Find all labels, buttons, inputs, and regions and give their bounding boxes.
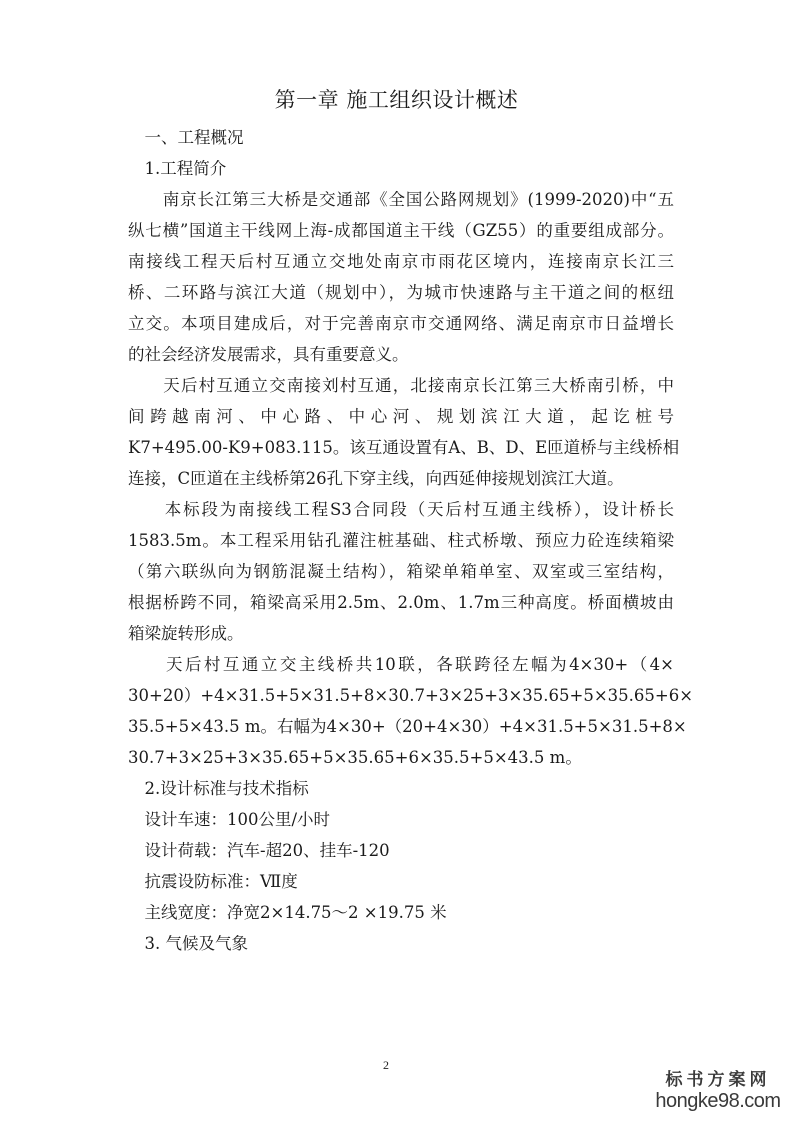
text-line: 根据桥跨不同，箱梁高采用2.5m、2.0m、1.7m三种高度。桥面横坡由 — [128, 587, 674, 618]
text-line: 30+20）+4×31.5+5×31.5+8×30.7+3×25+3×35.65… — [128, 680, 674, 711]
text-line: 1583.5m。本工程采用钻孔灌注桩基础、柱式桥墩、预应力砼连续箱梁 — [128, 525, 674, 556]
subsection-heading-text: 3. 气候及气象 — [145, 934, 249, 953]
text-line: 南接线工程天后村互通立交地处南京市雨花区境内，连接南京长江三 — [128, 246, 674, 277]
subsection-heading-intro: 1.工程简介 — [128, 153, 674, 184]
spec-text: 主线宽度：净宽2×14.75～2 ×19.75 米 — [145, 903, 447, 922]
text-line: 箱梁旋转形成。 — [128, 618, 674, 649]
text-line: 天后村互通立交主线桥共10联，各联跨径左幅为4×30+（4× — [128, 649, 674, 680]
chapter-title: 第一章 施工组织设计概述 — [0, 84, 793, 114]
watermark-url: hongke98.com — [648, 1090, 788, 1112]
spec-seismic: 抗震设防标准：Ⅶ度 — [128, 866, 674, 897]
watermark-brand: 标书方案网 — [648, 1070, 788, 1090]
text-line: 连接，C匝道在主线桥第26孔下穿主线，向西延伸接规划滨江大道。 — [128, 463, 674, 494]
document-body: 一、工程概况 1.工程简介 南京长江第三大桥是交通部《全国公路网规划》(1999… — [128, 122, 674, 959]
spec-mainline-width: 主线宽度：净宽2×14.75～2 ×19.75 米 — [128, 897, 674, 928]
text-line: 纵七横”国道主干线网上海-成都国道主干线（GZ55）的重要组成部分。 — [128, 215, 674, 246]
page-number: 2 — [383, 1058, 389, 1073]
spec-text: 设计荷载：汽车-超20、挂车-120 — [145, 841, 390, 860]
spec-list: 设计车速：100公里/小时 设计荷载：汽车-超20、挂车-120 抗震设防标准：… — [128, 804, 674, 928]
text-line: 本标段为南接线工程S3合同段（天后村互通主线桥），设计桥长 — [128, 494, 674, 525]
text-line: 天后村互通立交南接刘村互通，北接南京长江第三大桥南引桥，中 — [128, 370, 674, 401]
subsection-heading-climate: 3. 气候及气象 — [128, 928, 674, 959]
text-line: 30.7+3×25+3×35.65+5×35.65+6×35.5+5×43.5 … — [128, 742, 674, 773]
paragraph-intro: 南京长江第三大桥是交通部《全国公路网规划》(1999-2020)中“五 纵七横”… — [128, 184, 674, 370]
text-line: K7+495.00-K9+083.115。该互通设置有A、B、D、E匝道桥与主线… — [128, 432, 674, 463]
subsection-heading-text: 1.工程简介 — [145, 159, 227, 178]
spec-design-speed: 设计车速：100公里/小时 — [128, 804, 674, 835]
document-page: 第一章 施工组织设计概述 一、工程概况 1.工程简介 南京长江第三大桥是交通部《… — [0, 0, 793, 1122]
text-line: 立交。本项目建成后，对于完善南京市交通网络、满足南京市日益增长 — [128, 308, 674, 339]
text-line: 桥、二环路与滨江大道（规划中），为城市快速路与主干道之间的枢纽 — [128, 277, 674, 308]
text-line: 35.5+5×43.5 m。右幅为4×30+（20+4×30）+4×31.5+5… — [128, 711, 674, 742]
spec-design-load: 设计荷载：汽车-超20、挂车-120 — [128, 835, 674, 866]
spec-text: 设计车速：100公里/小时 — [145, 810, 331, 829]
subsection-heading-text: 2.设计标准与技术指标 — [145, 779, 309, 798]
paragraph-contract-section: 本标段为南接线工程S3合同段（天后村互通主线桥），设计桥长 1583.5m。本工… — [128, 494, 674, 649]
text-line: 的社会经济发展需求，具有重要意义。 — [128, 339, 674, 370]
paragraph-interchange: 天后村互通立交南接刘村互通，北接南京长江第三大桥南引桥，中 间跨越南河、中心路、… — [128, 370, 674, 494]
section-heading-text: 一、工程概况 — [145, 128, 244, 147]
text-line: 南京长江第三大桥是交通部《全国公路网规划》(1999-2020)中“五 — [128, 184, 674, 215]
watermark-logo: 标书方案网 hongke98.com — [648, 1070, 788, 1112]
paragraph-span-layout: 天后村互通立交主线桥共10联，各联跨径左幅为4×30+（4× 30+20）+4×… — [128, 649, 674, 773]
text-line: （第六联纵向为钢筋混凝土结构），箱梁单箱单室、双室或三室结构， — [128, 556, 674, 587]
text-line: 间跨越南河、中心路、中心河、规划滨江大道，起讫桩号 — [128, 401, 674, 432]
section-heading-overview: 一、工程概况 — [128, 122, 674, 153]
spec-text: 抗震设防标准：Ⅶ度 — [145, 872, 298, 891]
subsection-heading-standards: 2.设计标准与技术指标 — [128, 773, 674, 804]
